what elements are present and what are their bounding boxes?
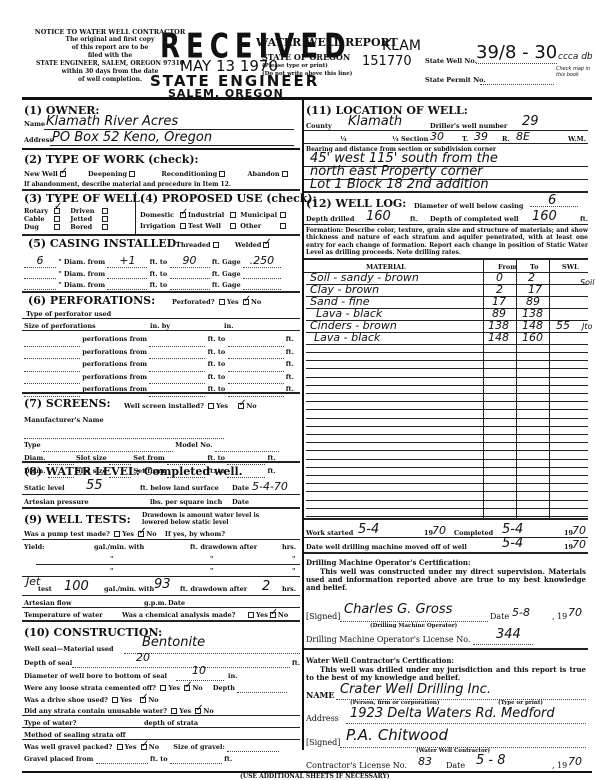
swl-cell[interactable]: 55 <box>556 319 570 332</box>
operator-license-field[interactable]: 344 <box>496 627 521 642</box>
operator-cert-text: This well was constructed under my direc… <box>306 568 586 592</box>
operator-date-field[interactable]: 5-8 <box>512 606 530 619</box>
quarter-label: ¼ <box>340 135 347 143</box>
table-row[interactable] <box>306 427 588 435</box>
ft-label: ft. <box>286 335 294 343</box>
table-row[interactable] <box>306 460 588 468</box>
casing-from-field[interactable] <box>107 270 147 279</box>
checkbox-industrial[interactable] <box>230 212 236 218</box>
checkbox-cemented-no[interactable] <box>184 685 190 691</box>
perforation-from-field[interactable] <box>149 334 205 347</box>
checkbox-unusable-no[interactable] <box>195 708 201 714</box>
option-dug-label: Dug <box>24 223 52 231</box>
checkbox-other[interactable] <box>280 223 286 229</box>
casing-to-field[interactable] <box>170 281 210 290</box>
form-subtitle: STATE OF OREGON <box>262 52 350 62</box>
divider <box>304 258 588 260</box>
work-started-year-field[interactable]: 70 <box>432 524 446 537</box>
perforation-count-field[interactable] <box>24 334 80 347</box>
checkbox-perforated-no[interactable] <box>243 299 249 305</box>
table-row[interactable] <box>306 370 588 378</box>
checkbox-welded[interactable] <box>263 242 269 248</box>
formation-note: Formation: Describe color, texture, grai… <box>306 227 588 256</box>
date-label: Date <box>232 498 249 506</box>
contractor-address-field[interactable]: 1923 Delta Waters Rd. Medford <box>350 706 555 721</box>
to-cell[interactable]: 160 <box>522 331 543 344</box>
perforations-from-label: perforations from <box>82 360 147 368</box>
type-of-work-options: New Well Deepening Reconditioning Abando… <box>24 170 290 178</box>
depth-strata-label: depth of strata <box>144 719 198 727</box>
handwritten-county-code: KLAM <box>382 38 421 54</box>
yield-row: Yield: gal./min. with ft. drawdown after… <box>24 543 300 551</box>
ft-label: ft. <box>224 755 232 763</box>
state-well-no-suffix: ccca db <box>558 52 593 62</box>
table-row[interactable] <box>306 411 588 419</box>
ft-label: ft. <box>268 467 276 475</box>
county-label: County <box>306 122 332 130</box>
depth-row: Depth drilled 160 ft. Depth of completed… <box>306 215 588 223</box>
checkbox-screen-yes[interactable] <box>208 403 214 409</box>
size-gravel-field[interactable] <box>227 743 279 752</box>
moved-off-year-field[interactable]: 70 <box>572 538 586 551</box>
no-label: No <box>149 743 159 751</box>
gravel-packed-row: Was well gravel packed? Yes No Size of g… <box>24 743 300 752</box>
column-swl: SWL <box>562 263 579 271</box>
option-test-well-label: Test Well <box>188 221 228 232</box>
divider <box>22 539 300 540</box>
margin-note: Check map in this book <box>556 66 596 78</box>
in-label: in. <box>224 322 233 330</box>
gravel-packed-label: Was well gravel packed? <box>24 743 112 751</box>
screen-type-field[interactable] <box>43 439 173 452</box>
casing-to-field[interactable] <box>170 270 210 279</box>
table-row: Lava - black 148 160 <box>306 333 588 345</box>
proposed-use-title: (4) PROPOSED USE (check): <box>140 192 317 205</box>
checkbox-abandon[interactable] <box>282 171 288 177</box>
checkbox-jetted[interactable] <box>102 216 108 222</box>
static-level-field[interactable]: 55 <box>86 478 103 493</box>
checkbox-bored[interactable] <box>102 224 108 230</box>
gpm-label: g.p.m. <box>144 599 167 607</box>
casing-joint-options: Threaded Welded <box>176 241 271 249</box>
checkbox-drive-shoe-no[interactable] <box>140 697 146 703</box>
cemented-label: Were any loose strata cemented off? <box>24 684 156 692</box>
yes-label: Yes <box>168 684 180 692</box>
perforation-count-field[interactable] <box>24 384 80 397</box>
table-row[interactable] <box>306 443 588 451</box>
test-drawdown-field[interactable]: 93 <box>154 577 171 592</box>
casing-to-field[interactable]: 90 <box>170 254 210 268</box>
divider <box>22 620 300 622</box>
form-note-nowrite: (Do not write above this line) <box>262 71 352 77</box>
perforation-from-field[interactable] <box>149 372 205 385</box>
checkbox-screen-no[interactable] <box>238 403 244 409</box>
contractor-address-row: Address 1923 Delta Waters Rd. Medford <box>306 714 588 723</box>
bore-diameter-field[interactable]: 10 <box>192 664 206 677</box>
checkbox-gravel-no[interactable] <box>141 744 147 750</box>
perforation-to-field[interactable] <box>228 347 284 360</box>
date-label: Date <box>168 599 185 607</box>
work-started-field[interactable]: 5-4 <box>358 522 379 537</box>
casing-gage-field[interactable]: .250 <box>243 254 281 268</box>
depth-drilled-field[interactable]: 160 <box>366 209 391 224</box>
checkbox-cemented-yes[interactable] <box>160 685 166 691</box>
owner-name-field[interactable]: Klamath River Acres <box>46 114 178 129</box>
ft-to-label: ft. to <box>150 270 168 278</box>
test-hrs-field[interactable]: 2 <box>262 579 270 594</box>
completed-field[interactable]: 5-4 <box>502 522 523 537</box>
name-label: NAME <box>306 690 334 700</box>
yes-label: Yes <box>256 611 268 619</box>
perforation-count-field[interactable] <box>24 359 80 372</box>
option-new-well-label: New Well <box>24 170 58 178</box>
signed-label: [Signed] <box>306 738 340 747</box>
checkbox-reconditioning[interactable] <box>219 171 225 177</box>
perforation-from-field[interactable] <box>149 347 205 360</box>
pump-test-label: Was a pump test made? <box>24 530 110 538</box>
drawdown-label: ft. drawdown after <box>180 585 247 593</box>
operator-license-label: Drilling Machine Operator's License No. <box>306 635 470 644</box>
diam-label: " Diam. from <box>58 281 105 289</box>
no-label: No <box>251 298 261 306</box>
no-label: No <box>192 684 202 692</box>
table-row[interactable] <box>306 452 588 460</box>
set-to-field[interactable] <box>227 452 265 465</box>
gravel-placed-row: Gravel placed from ft. to ft. <box>24 755 232 764</box>
state-permit-no-label: State Permit No. <box>425 76 486 84</box>
township-label: T. <box>462 135 468 143</box>
type-water-row: Type of water? depth of strata <box>24 719 300 727</box>
divider <box>22 461 300 463</box>
perforation-to-field[interactable] <box>228 384 284 397</box>
cemented-row: Were any loose strata cemented off? Yes … <box>24 684 300 693</box>
table-row[interactable] <box>306 353 588 361</box>
ft-to-label: ft. to <box>150 258 168 266</box>
year-prefix: , 19 <box>552 612 567 621</box>
moved-off-label: Date well drilling machine moved off of … <box>306 543 467 551</box>
table-row[interactable] <box>306 361 588 369</box>
drive-shoe-row: Was a drive shoe used? Yes No <box>24 696 159 704</box>
checkbox-driven[interactable] <box>102 208 108 214</box>
checkbox-rotary[interactable] <box>54 208 60 214</box>
divider <box>22 607 300 608</box>
divider <box>22 739 300 740</box>
casing-diam-field[interactable] <box>24 270 56 279</box>
checkbox-cable[interactable] <box>54 216 60 222</box>
yes-label: Yes <box>179 707 191 715</box>
gravel-from-label: Gravel placed from <box>24 755 93 763</box>
casing-row-1: 6 " Diam. from +1 ft. to 90 ft. Gage .25… <box>24 254 300 268</box>
owner-address-label: Address <box>24 136 53 144</box>
completed-year-field[interactable]: 70 <box>572 524 586 537</box>
manufacturer-label: Manufacturer's Name <box>24 416 104 424</box>
state-permit-no-field[interactable] <box>480 84 554 85</box>
divider <box>304 518 588 520</box>
margin-note-soil: Soil <box>580 278 594 287</box>
operator-signature-field[interactable]: Charles G. Gross <box>344 602 452 617</box>
owner-name-label: Name <box>24 120 45 128</box>
perforation-to-field[interactable] <box>228 359 284 372</box>
type-of-well-options: Rotary Driven Cable Jetted Dug Bored <box>24 207 110 231</box>
divider <box>22 234 300 236</box>
ft-label: ft. <box>212 281 220 289</box>
table-row[interactable] <box>306 493 588 501</box>
well-tests-title: (9) WELL TESTS: <box>24 513 131 526</box>
margin-note-jto: Jto <box>582 322 592 331</box>
form-title: WATER WELL REPORT <box>256 36 398 49</box>
ft-to-label: ft. to <box>208 373 226 381</box>
artesian-pressure-row: Artesian pressure lbs. per square inch D… <box>24 498 300 506</box>
unusable-water-row: Did any strata contain unusable water? Y… <box>24 707 214 715</box>
from-cell[interactable]: 148 <box>488 331 509 344</box>
divider <box>304 552 588 554</box>
county-field[interactable]: Klamath <box>348 114 402 129</box>
hrs-label: hrs. <box>282 585 296 593</box>
lbs-label: lbs. per square inch <box>150 498 222 506</box>
checkbox-test-well[interactable] <box>230 223 236 229</box>
option-municipal-label: Municipal <box>240 210 278 221</box>
perforation-to-field[interactable] <box>228 334 284 347</box>
water-level-title: (8) WATER LEVEL: Completed well. <box>24 465 243 478</box>
moved-off-field[interactable]: 5-4 <box>502 536 523 551</box>
casing-diam-field[interactable]: 6 <box>24 254 56 268</box>
perforation-to-field[interactable] <box>228 372 284 385</box>
casing-gage-field[interactable] <box>243 281 281 290</box>
by-whom-label: If yes, by whom? <box>165 530 225 538</box>
casing-diam-field[interactable] <box>24 281 56 290</box>
owner-address-underline <box>50 145 294 146</box>
perforation-row: perforations from ft. to ft. <box>24 359 300 372</box>
depth-completed-field[interactable]: 160 <box>532 209 557 224</box>
option-rotary-label: Rotary <box>24 207 52 215</box>
table-row[interactable] <box>306 394 588 402</box>
option-domestic-label: Domestic <box>140 210 178 221</box>
gravel-to-field[interactable] <box>170 755 222 764</box>
gal-min-label: gal./min. with <box>94 543 144 551</box>
operator-cert-title: Drilling Machine Operator's Certificatio… <box>306 558 471 567</box>
checkbox-new-well[interactable] <box>60 171 66 177</box>
yield-label: Yield: <box>24 543 45 551</box>
screen-question: Well screen installed? Yes No <box>124 402 257 410</box>
checkbox-pump-test-no[interactable] <box>138 531 144 537</box>
option-driven-label: Driven <box>70 207 100 215</box>
screen-diam-field[interactable] <box>48 452 74 465</box>
artesian-flow-label: Artesian flow <box>24 599 72 607</box>
table-row[interactable] <box>306 476 588 484</box>
contractor-license-label: Contractor's License No. <box>306 761 407 770</box>
checkbox-chem-no[interactable] <box>270 612 276 618</box>
table-row[interactable] <box>306 468 588 476</box>
ft-label: ft. <box>580 215 588 223</box>
gravel-from-field[interactable] <box>96 755 148 764</box>
depth-seal-row: Depth of seal 20 ft. <box>24 659 300 667</box>
range-label: R. <box>502 135 510 143</box>
perforation-from-field[interactable] <box>149 384 205 397</box>
contractor-cert-text: This well was drilled under my jurisdict… <box>306 666 586 682</box>
set-from-field[interactable] <box>167 452 205 465</box>
divider <box>36 564 300 565</box>
test-gpm-field[interactable]: 100 <box>64 579 89 594</box>
seal-material-label: Well seal—Material used <box>24 645 114 653</box>
checkbox-perforated-yes[interactable] <box>219 299 225 305</box>
option-cable-label: Cable <box>24 215 52 223</box>
slot-size-field[interactable] <box>109 452 131 465</box>
drawdown-label: ft. drawdown after <box>190 543 257 551</box>
perforation-count-field[interactable] <box>24 372 80 385</box>
gage-label: Gage <box>222 258 240 266</box>
bearing-field[interactable]: 45' west 115' south from the north east … <box>310 152 498 191</box>
option-reconditioning-label: Reconditioning <box>161 170 217 178</box>
yes-label: Yes <box>122 530 134 538</box>
range-field[interactable]: 8E <box>516 130 530 143</box>
contractor-name-field[interactable]: Crater Well Drilling Inc. <box>340 682 491 697</box>
test-label: test <box>38 585 52 593</box>
checkbox-drive-shoe-yes[interactable] <box>112 697 118 703</box>
table-row[interactable] <box>306 345 588 353</box>
type-water-label: Type of water? <box>24 719 76 727</box>
type-label: Type <box>24 441 41 449</box>
checkbox-unusable-yes[interactable] <box>171 708 177 714</box>
ft-to-label: ft. to <box>208 335 226 343</box>
option-abandon-label: Abandon <box>247 170 279 178</box>
operator-signature-caption: (Drilling Machine Operator) <box>370 623 457 629</box>
diam-label: " Diam. from <box>58 270 105 278</box>
casing-from-field[interactable] <box>107 281 147 290</box>
welded-label: Welded <box>235 241 262 249</box>
operator-year-field[interactable]: 70 <box>568 606 582 619</box>
casing-from-field[interactable]: +1 <box>107 254 147 268</box>
pump-test-row: Was a pump test made? Yes No If yes, by … <box>24 530 225 538</box>
option-bored-label: Bored <box>70 223 100 231</box>
casing-gage-field[interactable] <box>243 270 281 279</box>
contractor-license-field[interactable]: 83 <box>418 755 432 768</box>
ft-to-label: ft. to <box>208 360 226 368</box>
cemented-depth-field[interactable] <box>237 684 287 693</box>
township-field[interactable]: 39 <box>474 130 488 143</box>
diam-below-casing-field[interactable]: 6 <box>548 193 556 208</box>
perforation-size-row: Size of perforations in. by in. <box>24 322 300 330</box>
perforations-from-label: perforations from <box>82 348 147 356</box>
perforation-count-field[interactable] <box>24 347 80 360</box>
model-field[interactable] <box>215 439 279 452</box>
contractor-signature-field[interactable]: P.A. Chitwood <box>346 726 448 744</box>
drawdown-note: Drawdown is amount water level is lowere… <box>142 512 272 526</box>
column-to: To <box>530 263 538 271</box>
table-row[interactable] <box>306 484 588 492</box>
year-prefix: , 19 <box>552 761 567 770</box>
below-surface-label: ft. below land surface <box>140 484 219 492</box>
artesian-flow-row: Artesian flow g.p.m. Date <box>24 599 300 607</box>
perforation-row: perforations from ft. to ft. <box>24 334 300 347</box>
proposed-use-options: DomesticIndustrial Municipal IrrigationT… <box>140 210 288 232</box>
perforation-row: perforations from ft. to ft. <box>24 347 300 360</box>
date-label: Date <box>232 484 249 492</box>
artesian-pressure-label: Artesian pressure <box>24 498 89 506</box>
divider <box>22 148 300 150</box>
depth-seal-field[interactable]: 20 <box>136 651 150 664</box>
quarter-section-label: ¼ Section <box>392 135 428 143</box>
unusable-water-label: Did any strata contain unusable water? <box>24 707 167 715</box>
table-row[interactable] <box>306 419 588 427</box>
seal-material-row: Well seal—Material used Bentonite <box>24 645 300 653</box>
contractor-year-field[interactable]: 70 <box>568 755 582 768</box>
static-date-field[interactable]: 5-4-70 <box>252 480 288 493</box>
seal-material-field[interactable]: Bentonite <box>142 635 205 650</box>
contractor-date-field[interactable]: 5 - 8 <box>476 753 506 768</box>
no-label: No <box>278 611 288 619</box>
divider <box>22 494 300 495</box>
checkbox-irrigation[interactable] <box>180 223 186 229</box>
date-label: Date <box>490 612 509 621</box>
manufacturer-field[interactable] <box>24 426 224 439</box>
checkbox-pump-test-yes[interactable] <box>114 531 120 537</box>
ft-label: ft. <box>286 373 294 381</box>
option-irrigation-label: Irrigation <box>140 221 178 232</box>
temperature-label: Temperature of water <box>24 611 103 619</box>
checkbox-chem-yes[interactable] <box>248 612 254 618</box>
checkbox-gravel-yes[interactable] <box>117 744 123 750</box>
table-row[interactable] <box>306 386 588 394</box>
divider <box>22 189 300 191</box>
checkbox-deepening[interactable] <box>129 171 135 177</box>
checkbox-dug[interactable] <box>54 224 60 230</box>
section-field[interactable]: 30 <box>430 130 444 143</box>
option-other-label: Other <box>240 221 278 232</box>
county-row: County Klamath Driller's well number 29 <box>306 122 588 130</box>
drillers-number-field[interactable]: 29 <box>522 114 539 129</box>
option-industrial-label: Industrial <box>188 210 228 221</box>
drive-shoe-label: Was a drive shoe used? <box>24 696 108 704</box>
divider <box>304 191 588 193</box>
depth-drilled-label: Depth drilled <box>306 215 354 223</box>
moved-off-row: Date well drilling machine moved off of … <box>306 543 588 551</box>
water-level-heading: (8) WATER LEVEL: <box>24 465 140 478</box>
checkbox-threaded[interactable] <box>213 242 219 248</box>
yes-label: Yes <box>216 402 228 410</box>
form-note-print: (Please type or print) <box>262 63 328 69</box>
ft-to-label: ft. to <box>208 348 226 356</box>
table-row[interactable] <box>306 378 588 386</box>
table-row[interactable] <box>306 501 588 509</box>
no-label: No <box>148 696 158 704</box>
option-deepening-label: Deepening <box>88 170 127 178</box>
table-row[interactable] <box>306 509 588 517</box>
perforations-title: (6) PERFORATIONS: <box>28 294 155 307</box>
divider <box>304 130 588 131</box>
depth-seal-label: Depth of seal <box>24 659 72 667</box>
operator-signature-row: [Signed] Charles G. Gross Date 5-8 , 19 … <box>306 612 588 621</box>
perforation-row: perforations from ft. to ft. <box>24 372 300 385</box>
table-row[interactable] <box>306 402 588 410</box>
state-well-no-label: State Well No. <box>425 57 477 65</box>
divider <box>22 715 300 716</box>
ft-to-label: ft. to <box>150 755 168 763</box>
divider <box>22 507 300 509</box>
drillers-number-label: Driller's well number <box>430 122 507 130</box>
state-well-no-value[interactable]: 39/8 - 30 <box>476 42 557 64</box>
contractor-cert-title: Water Well Contractor's Certification: <box>306 656 454 665</box>
owner-address-field[interactable]: PO Box 52 Keno, Oregon <box>52 130 212 145</box>
ft-to-label: ft. to <box>150 281 168 289</box>
perforation-from-field[interactable] <box>149 359 205 372</box>
table-row[interactable] <box>306 435 588 443</box>
checkbox-municipal[interactable] <box>280 212 286 218</box>
material-cell[interactable]: Lava - black <box>314 331 380 344</box>
perforations-from-label: perforations from <box>82 335 147 343</box>
hrs-label: hrs. <box>282 543 296 551</box>
in-label: in. <box>228 672 237 680</box>
checkbox-domestic[interactable] <box>180 212 186 218</box>
